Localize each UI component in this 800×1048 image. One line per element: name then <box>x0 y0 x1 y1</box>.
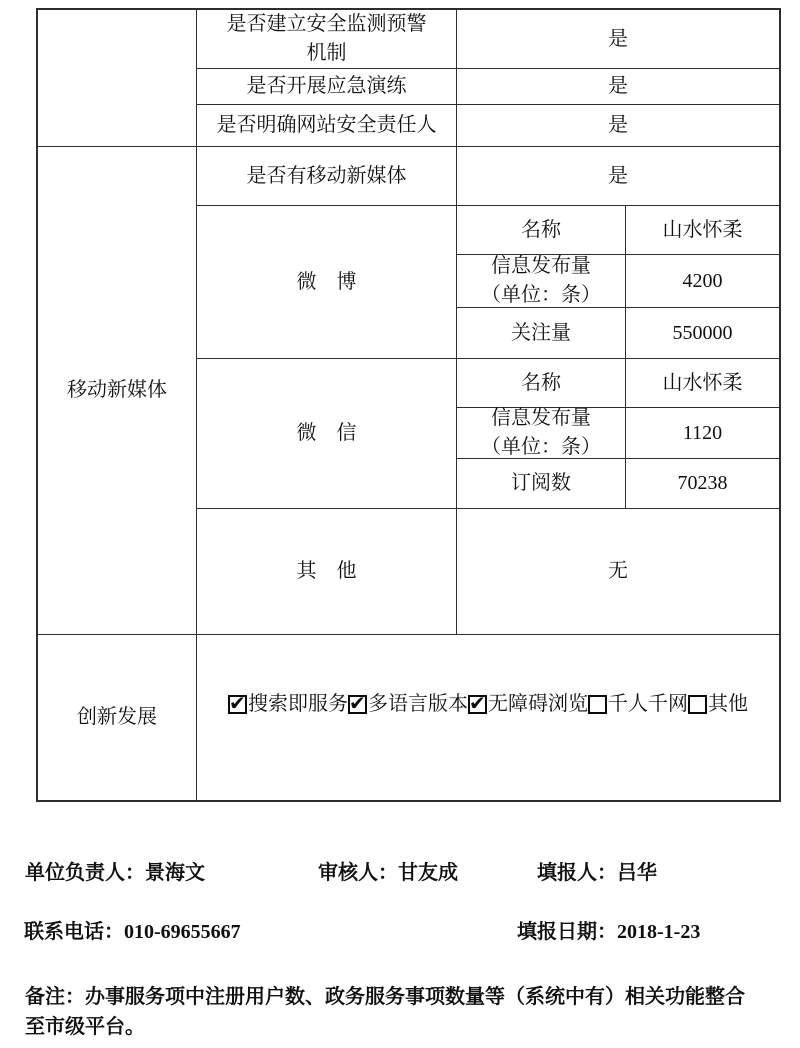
value-has-mobile-media: 是 <box>457 147 779 206</box>
label-security-responsible: 是否明确网站安全责任人 <box>197 105 457 147</box>
section-label-mobile-media: 移动新媒体 <box>38 147 197 635</box>
reviewer-value: 甘友成 <box>398 862 458 884</box>
value-wechat-subscribers: 70238 <box>626 459 779 509</box>
checkbox-unchecked-icon[interactable] <box>588 695 607 714</box>
value-weibo-followers: 550000 <box>626 308 779 359</box>
label-wechat-posts: 信息发布量 （单位：条） <box>457 408 626 459</box>
option-search-as-service[interactable]: ✔ 搜索即服务 <box>228 690 348 719</box>
checkbox-unchecked-icon[interactable] <box>688 695 707 714</box>
label-wechat: 微 信 <box>197 359 457 509</box>
checkbox-checked-icon[interactable]: ✔ <box>348 695 367 714</box>
option-label: 多语言版本 <box>368 690 468 719</box>
previous-section-label-cell <box>38 10 197 147</box>
phone-field: 联系电话：010-69655667 <box>24 915 241 944</box>
phone-value: 010-69655667 <box>124 921 241 943</box>
value-emergency-drill: 是 <box>457 69 779 105</box>
value-weibo-name: 山水怀柔 <box>626 206 779 255</box>
option-label: 其他 <box>708 690 748 719</box>
report-date-field: 填报日期：2018-1-23 <box>517 915 700 944</box>
report-date-label: 填报日期： <box>517 921 617 943</box>
option-multilingual[interactable]: ✔ 多语言版本 <box>348 690 468 719</box>
unit-head-value: 景海文 <box>145 862 205 884</box>
label-weibo-posts: 信息发布量 （单位：条） <box>457 255 626 308</box>
phone-label: 联系电话： <box>24 921 124 943</box>
label-weibo-posts-line1: 信息发布量 <box>491 252 591 281</box>
label-weibo-name: 名称 <box>457 206 626 255</box>
value-other-media: 无 <box>457 509 779 635</box>
label-weibo-followers: 关注量 <box>457 308 626 359</box>
option-qianrenqianwang[interactable]: 千人千网 <box>588 690 688 719</box>
remark-paragraph: 备注：办事服务项中注册用户数、政务服务事项数量等（系统中有）相关功能整合至市级平… <box>25 982 752 1042</box>
section-label-innovation: 创新发展 <box>38 635 197 800</box>
value-wechat-name: 山水怀柔 <box>626 359 779 408</box>
label-emergency-drill: 是否开展应急演练 <box>197 69 457 105</box>
check-mark-icon: ✔ <box>229 689 246 718</box>
annual-report-table: 是否建立安全监测预警 机制 是 是否开展应急演练 是 是否明确网站安全责任人 是… <box>36 8 781 802</box>
unit-head-label: 单位负责人： <box>25 862 145 884</box>
value-wechat-posts: 1120 <box>626 408 779 459</box>
label-wechat-name: 名称 <box>457 359 626 408</box>
label-wechat-posts-line2: （单位：条） <box>481 433 601 462</box>
label-security-monitor-line1: 是否建立安全监测预警 <box>227 10 427 39</box>
label-other-media: 其 他 <box>197 509 457 635</box>
innovation-options-row: ✔ 搜索即服务 ✔ 多语言版本 ✔ 无障碍浏览 千人千网 其他 <box>197 635 779 800</box>
value-security-monitor: 是 <box>457 10 779 69</box>
option-other[interactable]: 其他 <box>688 690 748 719</box>
label-security-monitor-line2: 机制 <box>307 39 347 68</box>
reviewer-label: 审核人： <box>318 862 398 884</box>
value-weibo-posts: 4200 <box>626 255 779 308</box>
report-date-value: 2018-1-23 <box>617 921 700 943</box>
report-page: 是否建立安全监测预警 机制 是 是否开展应急演练 是 是否明确网站安全责任人 是… <box>0 0 800 1048</box>
unit-head-field: 单位负责人：景海文 <box>25 856 205 885</box>
check-mark-icon: ✔ <box>469 689 486 718</box>
label-weibo: 微 博 <box>197 206 457 359</box>
label-wechat-posts-line1: 信息发布量 <box>491 404 591 433</box>
checkbox-checked-icon[interactable]: ✔ <box>228 695 247 714</box>
check-mark-icon: ✔ <box>349 689 366 718</box>
label-has-mobile-media: 是否有移动新媒体 <box>197 147 457 206</box>
filler-value: 吕华 <box>617 862 657 884</box>
option-label: 千人千网 <box>608 690 688 719</box>
reviewer-field: 审核人：甘友成 <box>318 856 458 885</box>
checkbox-checked-icon[interactable]: ✔ <box>468 695 487 714</box>
option-label: 搜索即服务 <box>248 690 348 719</box>
filler-label: 填报人： <box>537 862 617 884</box>
option-label: 无障碍浏览 <box>488 690 588 719</box>
label-wechat-subscribers: 订阅数 <box>457 459 626 509</box>
filler-field: 填报人：吕华 <box>537 856 657 885</box>
label-security-monitor: 是否建立安全监测预警 机制 <box>197 10 457 69</box>
label-weibo-posts-line2: （单位：条） <box>481 281 601 310</box>
option-accessibility[interactable]: ✔ 无障碍浏览 <box>468 690 588 719</box>
value-security-responsible: 是 <box>457 105 779 147</box>
